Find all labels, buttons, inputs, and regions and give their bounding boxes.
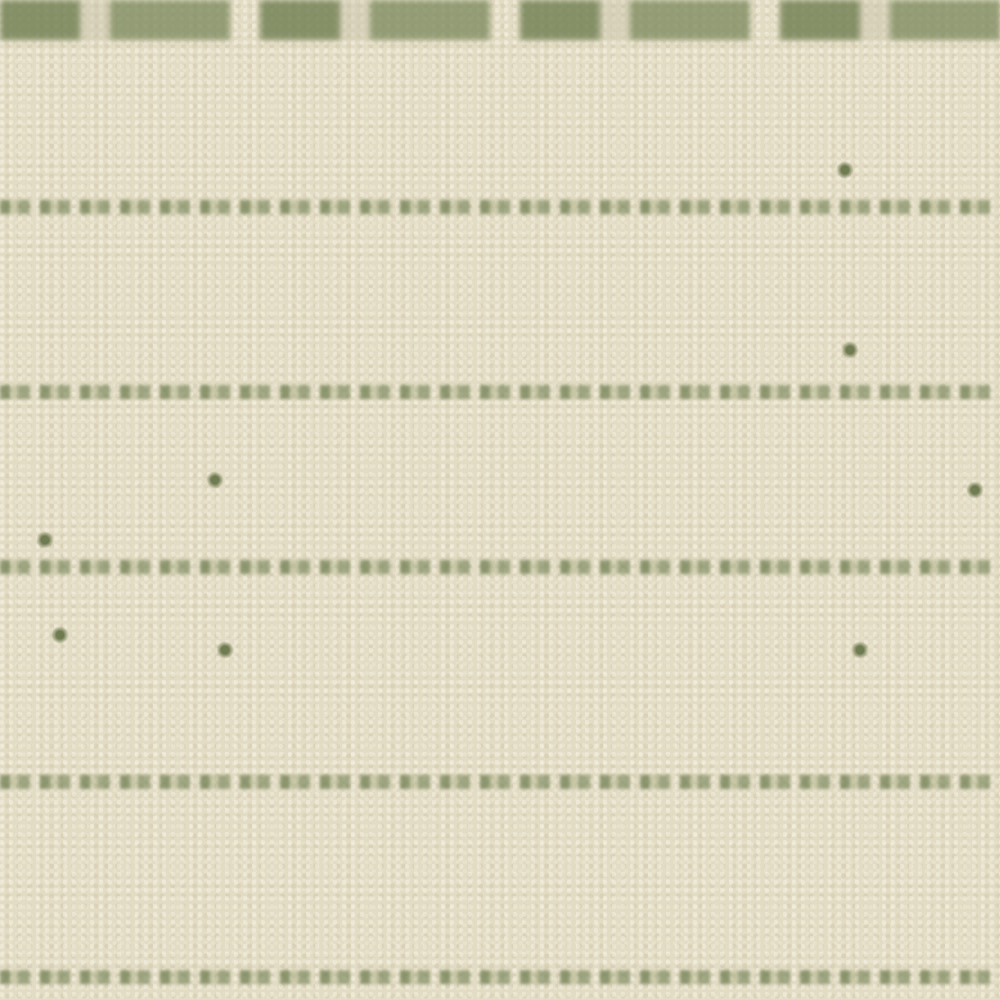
stripe-4 — [0, 775, 1000, 789]
carpet-texture — [0, 0, 1000, 1000]
green-speck — [841, 341, 859, 359]
green-speck — [851, 641, 869, 659]
stripe-2 — [0, 385, 1000, 399]
green-speck — [966, 481, 984, 499]
green-speck — [836, 161, 854, 179]
green-speck — [206, 471, 224, 489]
green-speck — [36, 531, 54, 549]
green-speck — [216, 641, 234, 659]
stripe-1 — [0, 200, 1000, 214]
stripe-5 — [0, 970, 1000, 984]
stripe-3 — [0, 560, 1000, 574]
green-speck — [51, 626, 69, 644]
stripe-top — [0, 0, 1000, 40]
